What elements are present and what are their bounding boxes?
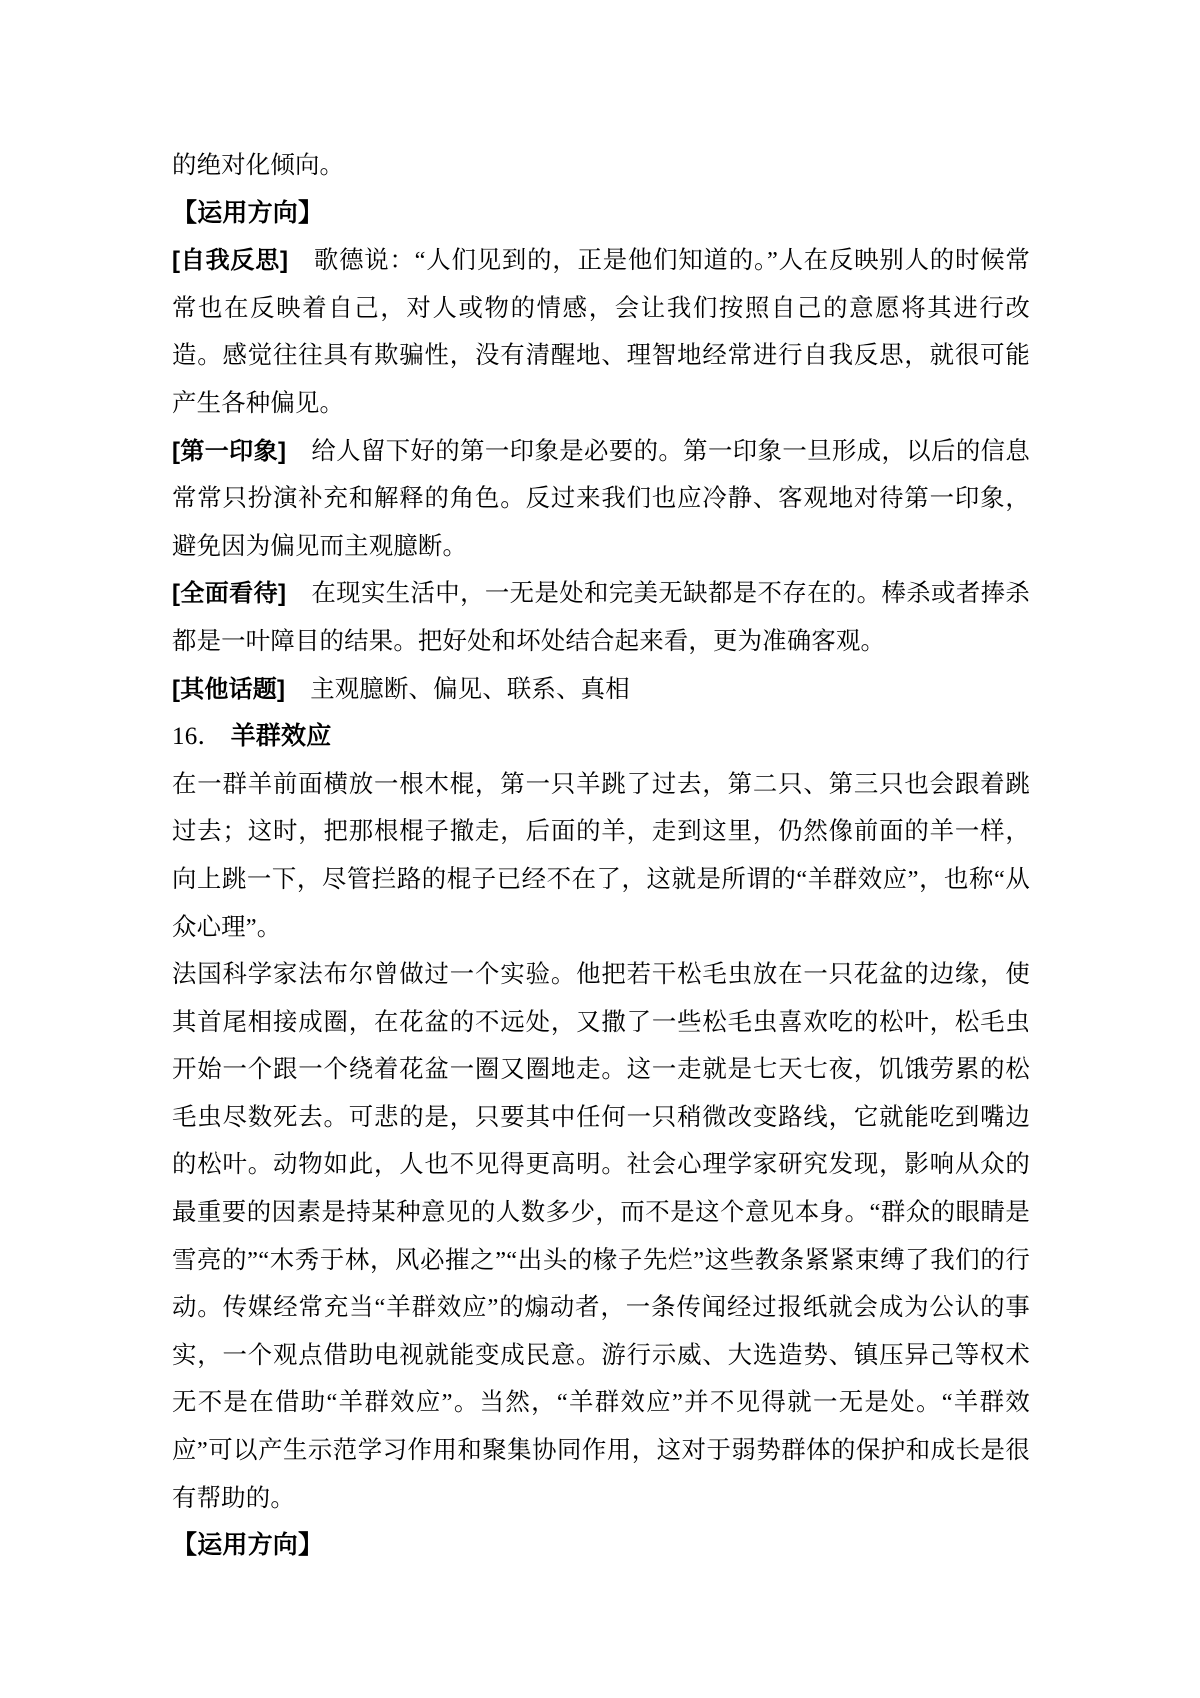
section-heading-usage-direction-2: 【运用方向】 xyxy=(172,1522,1030,1570)
paragraph-label-self-reflection: [自我反思] xyxy=(172,247,288,274)
labeled-paragraph-other-topics: [其他话题]主观臆断、偏见、联系、真相 xyxy=(172,666,1030,714)
paragraph-text-holistic-view: 在现实生活中，一无是处和完美无缺都是不存在的。棒杀或者捧杀都是一叶障目的结果。把… xyxy=(172,580,1030,655)
document-page: 的绝对化倾向。 【运用方向】 [自我反思]歌德说：“人们见到的，正是他们知道的。… xyxy=(0,0,1200,1698)
paragraph-label-other-topics: [其他话题] xyxy=(172,676,285,703)
labeled-paragraph-first-impression: [第一印象]给人留下好的第一印象是必要的。第一印象一旦形成，以后的信息常常只扮演… xyxy=(172,428,1030,571)
heading-title: 羊群效应 xyxy=(231,722,332,750)
heading-herd-effect: 16．羊群效应 xyxy=(172,713,1030,761)
paragraph-tail-absolutism: 的绝对化倾向。 xyxy=(172,142,1030,190)
paragraph-text-self-reflection: 歌德说：“人们见到的，正是他们知道的。”人在反映别人的时候常常也在反映着自己，对… xyxy=(172,247,1030,417)
paragraph-label-holistic-view: [全面看待] xyxy=(172,580,286,607)
labeled-paragraph-self-reflection: [自我反思]歌德说：“人们见到的，正是他们知道的。”人在反映别人的时候常常也在反… xyxy=(172,237,1030,427)
paragraph-text-first-impression: 给人留下好的第一印象是必要的。第一印象一旦形成，以后的信息常常只扮演补充和解释的… xyxy=(172,438,1030,560)
paragraph-text-other-topics: 主观臆断、偏见、联系、真相 xyxy=(310,676,630,703)
paragraph-label-first-impression: [第一印象] xyxy=(172,438,286,465)
paragraph-fabre-experiment: 法国科学家法布尔曾做过一个实验。他把若干松毛虫放在一只花盆的边缘，使其首尾相接成… xyxy=(172,951,1030,1522)
section-heading-usage-direction-1: 【运用方向】 xyxy=(172,190,1030,238)
text-column: 的绝对化倾向。 【运用方向】 [自我反思]歌德说：“人们见到的，正是他们知道的。… xyxy=(172,142,1030,1570)
labeled-paragraph-holistic-view: [全面看待]在现实生活中，一无是处和完美无缺都是不存在的。棒杀或者捧杀都是一叶障… xyxy=(172,570,1030,665)
heading-number: 16． xyxy=(172,723,223,750)
paragraph-sheep-story: 在一群羊前面横放一根木棍，第一只羊跳了过去，第二只、第三只也会跟着跳过去；这时，… xyxy=(172,761,1030,951)
